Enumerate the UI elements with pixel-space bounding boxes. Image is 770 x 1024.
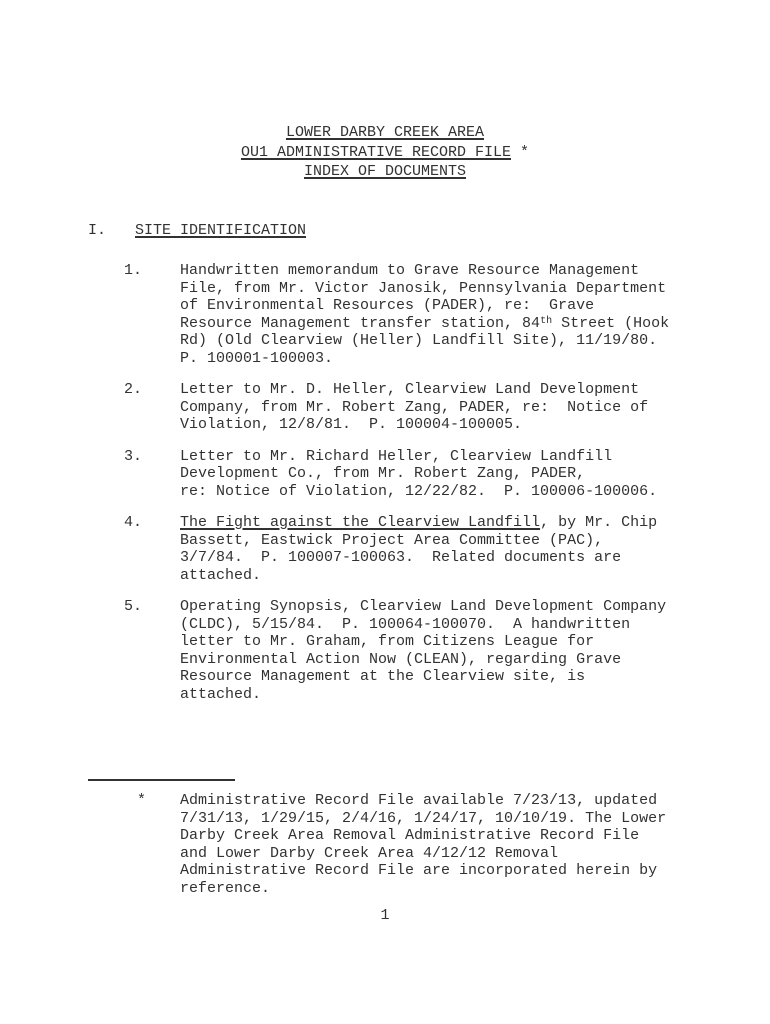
document-page: LOWER DARBY CREEK AREAOU1 ADMINISTRATIVE…: [0, 0, 770, 1024]
index-entry-5: 5. Operating Synopsis, Clearview Land De…: [124, 598, 724, 703]
entry-text: Handwritten memorandum to Grave Resource…: [180, 262, 669, 367]
entry-text: Operating Synopsis, Clearview Land Devel…: [180, 598, 666, 703]
index-entry-4: 4. The Fight against the Clearview Landf…: [124, 514, 724, 584]
footnote: * Administrative Record File available 7…: [137, 792, 666, 897]
entry-number: 1.: [124, 262, 180, 280]
footnote-divider: [88, 779, 235, 781]
entry-text: Letter to Mr. D. Heller, Clearview Land …: [180, 381, 648, 434]
footnote-marker: *: [137, 792, 180, 897]
entry-number: 2.: [124, 381, 180, 399]
section-title: SITE IDENTIFICATION: [135, 222, 306, 239]
entry-number: 5.: [124, 598, 180, 616]
index-entry-3: 3. Letter to Mr. Richard Heller, Clearvi…: [124, 448, 724, 501]
document-title: LOWER DARBY CREEK AREAOU1 ADMINISTRATIVE…: [0, 123, 770, 182]
section-heading: I.SITE IDENTIFICATION: [88, 222, 306, 240]
footnote-text: Administrative Record File available 7/2…: [180, 792, 666, 897]
page-number: 1: [0, 907, 770, 925]
index-entry-2: 2. Letter to Mr. D. Heller, Clearview La…: [124, 381, 724, 434]
entry-number: 4.: [124, 514, 180, 532]
document-index-list: 1. Handwritten memorandum to Grave Resou…: [124, 262, 724, 717]
entry-number: 3.: [124, 448, 180, 466]
entry-text: Letter to Mr. Richard Heller, Clearview …: [180, 448, 657, 501]
index-entry-1: 1. Handwritten memorandum to Grave Resou…: [124, 262, 724, 367]
entry-text: The Fight against the Clearview Landfill…: [180, 514, 657, 584]
section-numeral: I.: [88, 222, 135, 240]
